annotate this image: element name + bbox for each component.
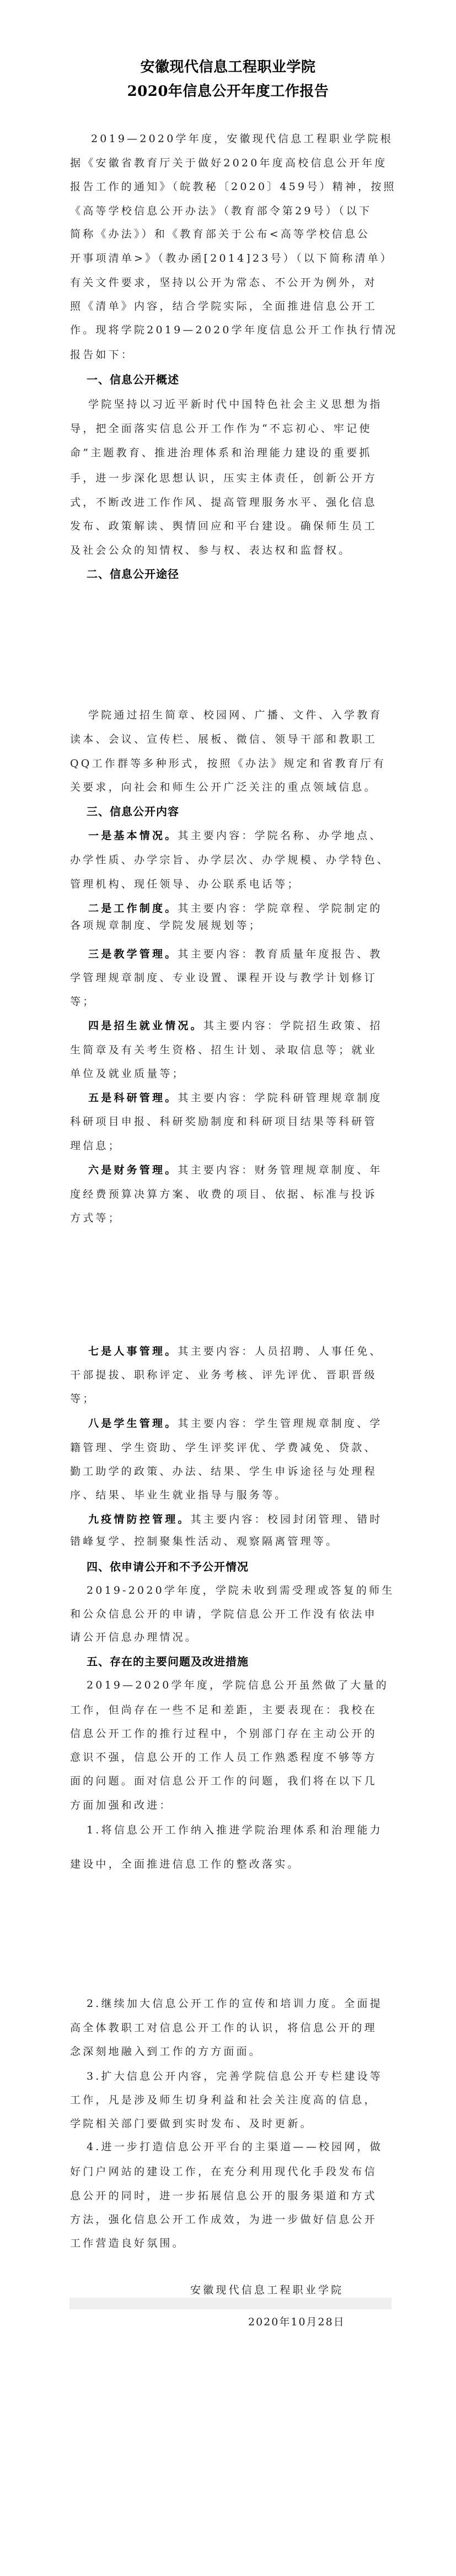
measure-line: 高全体教职工对信息公开工作的认识，将信息公开的理 [70,2021,377,2034]
content-item-admissions: 四是招生就业情况。其主要内容：学院招生政策、招 [88,1019,383,1032]
content-item-students: 八是学生管理。其主要内容：学生管理规章制度、学 [88,1417,383,1430]
section5-line: 意识不强，信息公开的工作人员工作熟悉程度不够等方 [70,1751,377,1764]
section-heading-requests: 四、依申请公开和不予公开情况 [87,1560,249,1573]
measure-1: 1.将信息公开工作纳入推进学院治理体系和治理能力 [87,1823,383,1837]
intro-line: 作。现将学院2019—2020学年度信息公开工作执行情况 [70,323,398,337]
content-item-line: 干部提拔、职称评定、业务考核、评先评优、晋职晋级 [70,1368,377,1382]
page-break-band [69,2298,391,2309]
section1-line: 手，进一步深化思想认识，压实主体责任，创新公开方 [70,472,377,485]
content-item-line: 勤工助学的政策、办法、结果、学生申诉途径与处理程 [70,1465,377,1478]
content-item-line: 籍管理、学生资助、学生评奖评优、学费减免、贷款、 [70,1441,377,1454]
section2-line: QQ工作群等多种形式，按照《办法》规定和省教育厅有 [70,757,386,770]
section5-line: 面的问题。面对信息公开工作的问题，我们将在以下几 [70,1774,377,1788]
content-item-line: 科研项目申报、科研奖励制度和科研项目结果等科研管 [70,1115,377,1128]
section5-line: 信息公开工作的推行过程中，个别部门存在主动公开的 [70,1727,377,1740]
content-item-line: 单位及就业质量等； [70,1067,185,1080]
section5-line: 2019—2020学年度，学院信息公开虽然做了大量的 [87,1679,389,1692]
section1-line: 式，不断改进工作作风、提高管理服务水平、强化信息 [70,496,377,509]
item-label: 五是科研管理。 [88,1092,178,1104]
content-item-line: 管理机构、现任领导、办公联系电话等； [70,878,301,891]
signature-org: 安徽现代信息工程职业学院 [190,2283,344,2297]
section2-line: 关要求，向社会和师生公开广泛关注的重点领域信息。 [70,781,377,794]
section-heading-overview: 一、信息公开概述 [87,373,179,386]
document-title-org: 安徽现代信息工程职业学院 [0,58,456,76]
measure-line: 息公开的同时，进一步拓展信息公开的服务渠道和方式 [70,2189,377,2202]
measure-line: 工作营造良好氛围。 [70,2237,185,2250]
section1-line: 及社会公众的知情权、参与权、表达权和监督权。 [70,544,351,557]
content-item-research: 五是科研管理。其主要内容：学院科研管理规章制度 [88,1091,383,1105]
section2-line: 学院通过招生简章、校园网、广播、文件、入学教育 [88,708,383,722]
content-item-line: 办学性质、办学宗旨、办学层次、办学规模、办学特色、 [70,853,390,867]
item-label: 四是招生就业情况。 [88,1020,203,1032]
content-item-line: 生简章及有关考生资格、招生计划、录取信息等；就业 [70,1043,377,1057]
section1-line: 命”主题教育、推进治理体系和治理能力建设的重要抓 [70,446,372,459]
content-item-line: 等； [70,1392,95,1405]
section-heading-content: 三、信息公开内容 [87,805,179,818]
intro-line: 报告工作的通知》（皖教秘〔2020〕459号）精神，按照 [70,180,396,193]
content-item-line: 各项规章制度、学院发展规划等； [70,919,262,932]
measure-line: 方法，强化信息公开工作成效，为进一步做好信息公开 [70,2213,377,2226]
section5-line: 工作，但尚存在一些不足和差距，主要表现在：我校在 [70,1703,377,1717]
item-label: 九疫情防控管理。 [88,1513,191,1525]
content-item-line: 学管理规章制度、专业设置、课程开设与教学计划修订 [70,971,377,984]
section1-line: 学院坚持以习近平新时代中国特色社会主义思想为指 [88,398,383,411]
content-item-line: 方式等； [70,1211,121,1225]
content-item-epidemic: 九疫情防控管理。其主要内容：校园封闭管理、错时 [88,1513,383,1526]
measure-line: 学院相关部门要做到实时发布、及时更新。 [70,2117,313,2130]
content-item-line: 序、结果、毕业生就业指导与服务等。 [70,1489,287,1502]
intro-line: 简称《办法》）和《教育部关于公布<高等学校信息公 [70,228,370,241]
intro-line: 开事项清单>》（教办函[2014]23号）（以下简称清单） [70,252,393,265]
section2-line: 读本、会议、宣传栏、展板、微信、领导干部和教职工 [70,733,377,746]
intro-line: 《高等学校信息公开办法》（教育部令第29号）（以下 [70,204,372,218]
item-label: 二是工作制度。 [88,902,178,914]
section1-line: 导，把全面落实信息公开工作作为“不忘初心、牢记使 [70,422,372,435]
measure-3: 3.扩大信息公开内容，完善学院信息公开专栏建设等 [87,2070,383,2083]
content-item-personnel: 七是人事管理。其主要内容：人员招聘、人事任免、 [88,1345,383,1358]
signature-date: 2020年10月28日 [248,2315,345,2329]
content-item-line: 度经费预算决算方案、收费的项目、依据、标准与投诉 [70,1188,377,1201]
measure-2: 2.继续加大信息公开工作的宣传和培训力度。全面提 [87,1997,383,2010]
section4-line: 和公众信息公开的申请，学院信息公开工作没有依法申 [70,1608,377,1621]
measure-line: 工作，凡是涉及师生切身利益和社会关注度高的信息， [70,2093,377,2107]
content-item-basic: 一是基本情况。其主要内容：学院名称、办学地点、 [88,829,383,842]
intro-line: 照《清单》内容，结合学院实际，全面推进信息公开工 [70,300,377,313]
content-item-line: 等； [70,995,95,1008]
measure-line: 念深刻地融入到工作的方方面面。 [70,2045,262,2058]
intro-line: 有关文件要求，坚持以公开为常态、不公开为例外，对 [70,276,377,289]
item-label: 三是教学管理。 [88,948,178,960]
measure-line: 建设中，全面推进信息工作的整改落实。 [70,1858,301,1871]
content-item-line: 理信息； [70,1139,121,1152]
section-heading-channels: 二、信息公开途径 [87,567,179,581]
content-item-line: 错峰复学、控制聚集性活动、观察隔离管理等。 [70,1535,339,1548]
item-label: 七是人事管理。 [88,1345,178,1357]
section4-line: 请公开信息办理情况。 [70,1631,198,1644]
section1-line: 发布、政策解读、舆情回应和平台建设。确保师生员工 [70,519,377,533]
item-label: 六是财务管理。 [88,1164,178,1176]
section5-line: 方面加强和改进： [70,1799,173,1812]
content-item-rules: 二是工作制度。其主要内容：学院章程、学院制定的 [88,902,383,915]
document-title-report: 2020年信息公开年度工作报告 [0,83,456,100]
item-label: 八是学生管理。 [88,1417,178,1430]
measure-4: 4.进一步打造信息公开平台的主渠道——校园网，做 [87,2140,383,2153]
content-item-finance: 六是财务管理。其主要内容：财务管理规章制度、年 [88,1163,383,1177]
content-item-teaching: 三是教学管理。其主要内容：教育质量年度报告、教 [88,948,383,961]
intro-line: 报告如下： [70,348,134,361]
section4-line: 2019-2020学年度，学院未收到需受理或答复的师生 [87,1584,395,1597]
measure-line: 好门户网站的建设工作，在充分利用现代化手段发布信 [70,2165,377,2178]
section-heading-problems: 五、存在的主要问题及改进措施 [87,1655,249,1668]
item-label: 一是基本情况。 [88,830,178,842]
intro-line: 2019—2020学年度，安徽现代信息工程职业学院根 [91,132,393,145]
intro-line: 据《安徽省教育厅关于做好2020年度高校信息公开年度 [70,156,388,170]
